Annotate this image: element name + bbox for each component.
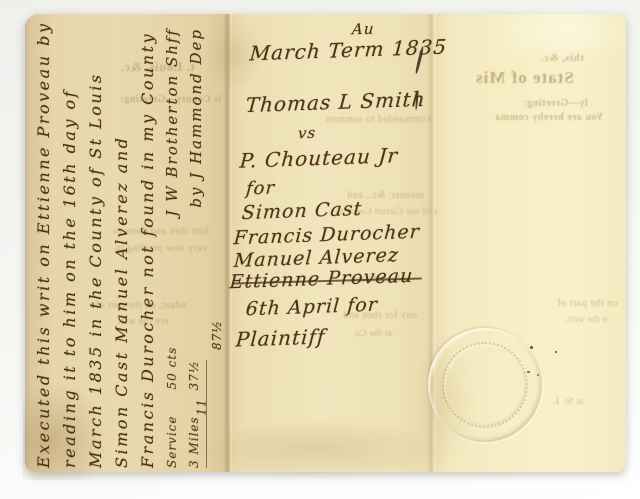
embossed-court-seal xyxy=(428,328,542,442)
bleedthrough-text: You are hereby comma xyxy=(495,112,603,123)
ink-speck xyxy=(537,374,539,376)
bleedthrough-text: on the part of xyxy=(557,298,618,309)
fee-and-signature-row: Service50 cts J W Brotherton Shff xyxy=(161,28,183,468)
embossed-seal-ring xyxy=(442,342,528,428)
return-line: reading it to him on the 16th day of xyxy=(57,28,83,468)
date-line: 6th April for xyxy=(245,294,379,321)
bleedthrough-text: ly—Greeting: xyxy=(523,98,588,109)
stray-pen-mark: 11 xyxy=(195,398,209,415)
top-annotation-mark: Au xyxy=(351,20,375,39)
bleedthrough-text: this, &c. xyxy=(540,52,584,64)
deputy-signature: by J Hammond Dep xyxy=(185,28,207,208)
for-word: for xyxy=(245,177,276,199)
fee-total: 87½ xyxy=(207,28,227,350)
return-line: Francis Durocher not found in my County xyxy=(135,28,161,468)
bleedthrough-text: at the Co xyxy=(355,328,392,338)
scanned-document-photo: { "colors":{ "ink":"#4e3115", "paper_lef… xyxy=(0,0,640,499)
bleedthrough-state-heading: State of Mis xyxy=(475,68,574,88)
ink-speck xyxy=(530,346,533,349)
bleedthrough-text: commanded to summon xyxy=(325,114,431,125)
return-line: Executed this writ on Ettienne Proveau b… xyxy=(31,28,57,468)
ink-speck xyxy=(555,351,557,353)
ink-speck xyxy=(527,371,530,373)
sheriff-signature: J W Brotherton Shff xyxy=(161,28,183,216)
bleedthrough-text: e the writ. xyxy=(565,314,607,324)
return-line: March 1835 in the County of St Louis xyxy=(83,28,109,468)
folded-court-document: t. Louis, &c. is County—Greeting: him th… xyxy=(25,14,626,472)
fee-service: Service50 cts xyxy=(161,347,183,468)
party-designation: Plaintiff xyxy=(235,324,326,351)
return-line: Simon Cast Manuel Alverez and xyxy=(109,28,135,468)
witness-name: Simon Cast xyxy=(241,198,363,224)
bleedthrough-text: at St. L xyxy=(553,396,583,406)
versus-abbreviation: vs xyxy=(297,124,316,143)
